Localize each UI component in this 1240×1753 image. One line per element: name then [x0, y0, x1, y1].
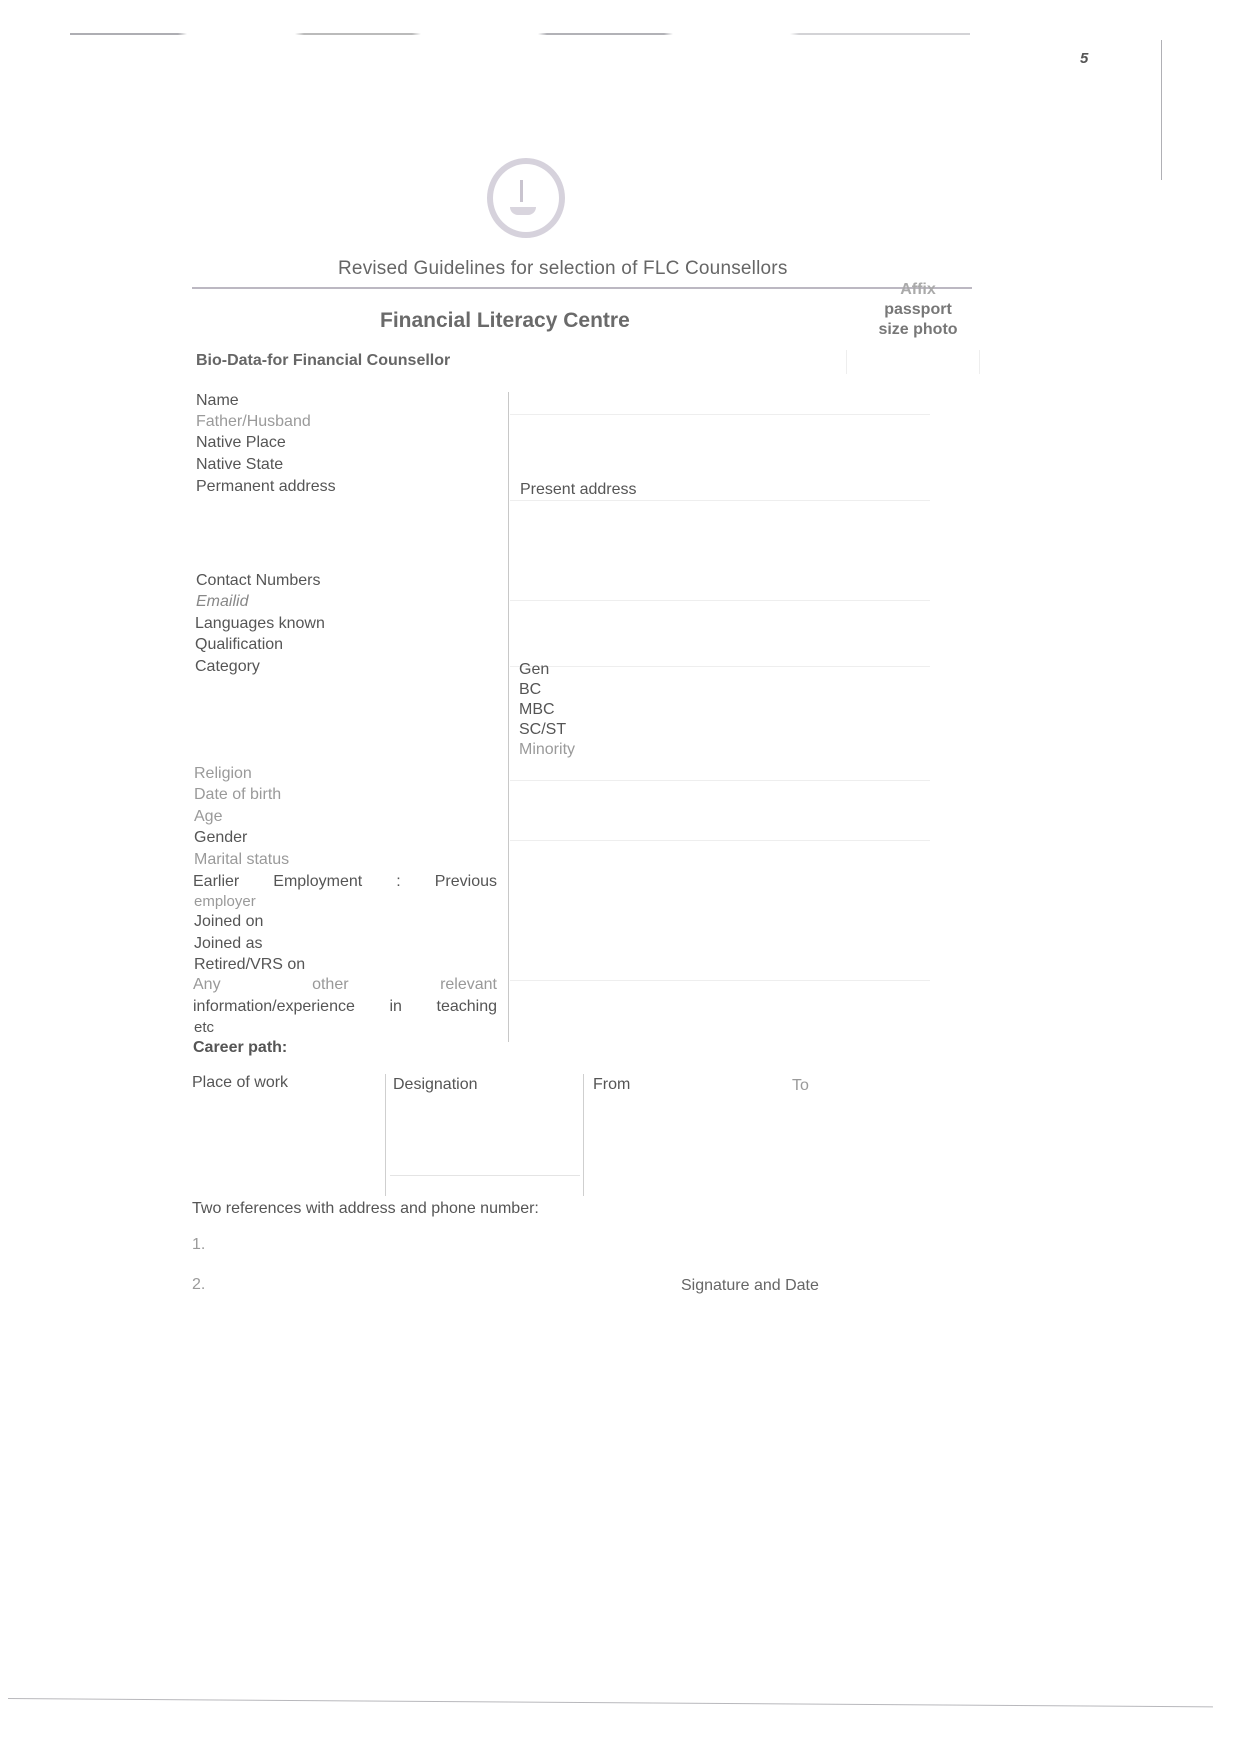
category-option-bc[interactable]: BC	[519, 681, 541, 699]
references-title: Two references with address and phone nu…	[192, 1200, 539, 1218]
field-label-earlier-employment: Earlier Employment : Previous	[193, 873, 497, 891]
title-divider	[192, 287, 972, 289]
field-label-contact-numbers: Contact Numbers	[196, 572, 321, 590]
earlier-employment-line2: employer	[194, 893, 256, 910]
photo-frame	[846, 350, 980, 374]
career-row-line	[390, 1175, 580, 1176]
photo-label-passport: passport	[858, 300, 978, 320]
field-label-name: Name	[196, 392, 239, 410]
field-label-father-husband: Father/Husband	[196, 413, 311, 431]
scan-artifact-right-edge	[1161, 40, 1162, 180]
row-line	[510, 666, 930, 667]
row-line	[510, 414, 930, 415]
field-label-age: Age	[194, 808, 222, 826]
section-title: Bio-Data-for Financial Counsellor	[196, 352, 450, 370]
earlier-employment-line1: Earlier Employment : Previous	[193, 873, 497, 891]
emblem-base-icon	[510, 207, 536, 215]
row-line	[510, 980, 930, 981]
field-label-marital-status: Marital status	[194, 851, 289, 869]
row-line	[510, 840, 930, 841]
emblem-lamp-icon	[520, 180, 523, 202]
field-label-category: Category	[195, 658, 260, 676]
reference-item-1: 1.	[192, 1236, 205, 1254]
emblem-logo-icon	[487, 158, 565, 238]
category-option-minority[interactable]: Minority	[519, 741, 575, 759]
signature-and-date-label: Signature and Date	[681, 1277, 819, 1295]
category-option-gen[interactable]: Gen	[519, 661, 549, 679]
field-label-retired-vrs-on: Retired/VRS on	[194, 956, 305, 974]
field-label-date-of-birth: Date of birth	[194, 786, 281, 804]
career-column-divider	[583, 1074, 584, 1196]
other-info-line2: information/experience in teaching	[193, 998, 497, 1016]
career-column-place-of-work: Place of work	[192, 1074, 288, 1092]
career-path-title: Career path:	[193, 1039, 287, 1057]
career-column-from: From	[593, 1076, 630, 1094]
field-label-languages-known: Languages known	[195, 615, 325, 633]
field-label-permanent-address: Permanent address	[196, 478, 336, 496]
row-line	[510, 780, 930, 781]
field-label-qualification: Qualification	[195, 636, 283, 654]
form-column-divider	[508, 392, 509, 1042]
career-column-designation: Designation	[393, 1076, 478, 1094]
field-label-gender: Gender	[194, 829, 247, 847]
field-label-religion: Religion	[194, 765, 252, 783]
reference-item-2: 2.	[192, 1276, 205, 1294]
field-label-joined-as: Joined as	[194, 935, 263, 953]
organization-title: Financial Literacy Centre	[380, 309, 630, 333]
row-line	[510, 500, 930, 501]
category-option-mbc[interactable]: MBC	[519, 701, 555, 719]
field-label-native-state: Native State	[196, 456, 283, 474]
field-label-native-place: Native Place	[196, 434, 286, 452]
field-label-joined-on: Joined on	[194, 913, 263, 931]
field-label-present-address: Present address	[520, 481, 637, 499]
photo-label-size: size photo	[858, 320, 978, 340]
field-label-email-id: Emailid	[196, 593, 248, 611]
career-column-divider	[385, 1074, 386, 1196]
other-info-line1: Any other relevant	[193, 976, 497, 994]
photo-label-affix: Affix	[858, 280, 978, 300]
page-number: 5	[1080, 50, 1088, 67]
career-column-to: To	[792, 1077, 809, 1095]
category-option-sc-st[interactable]: SC/ST	[519, 721, 566, 739]
passport-photo-placeholder[interactable]: Affix passport size photo	[858, 280, 978, 340]
document-title: Revised Guidelines for selection of FLC …	[338, 258, 788, 280]
scan-artifact-top-line	[70, 33, 970, 35]
row-line	[510, 600, 930, 601]
other-info-line3: etc	[194, 1019, 214, 1036]
scan-artifact-bottom-line	[8, 1698, 1213, 1707]
